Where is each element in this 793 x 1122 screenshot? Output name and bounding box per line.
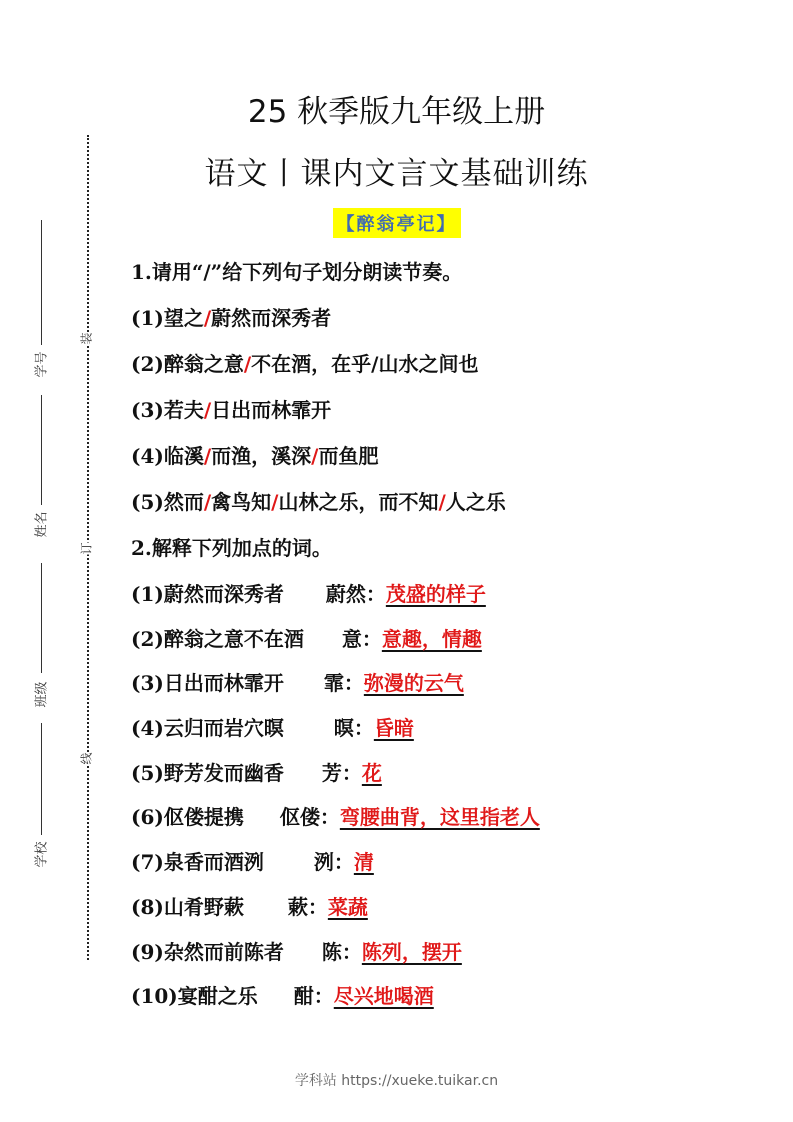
answer: 花 — [362, 761, 382, 785]
answer: 弥漫的云气 — [364, 671, 464, 695]
class-label: 班级 — [31, 681, 50, 707]
definition-item-9: (9)杂然而前陈者陈：陈列，摆开 — [131, 934, 691, 979]
definition-item-10: (10)宴酣之乐酣：尽兴地喝酒 — [131, 978, 691, 1023]
definition-item-1: (1)蔚然而深秀者蔚然：茂盛的样子 — [131, 576, 691, 621]
definition-item-4: (4)云归而岩穴暝暝：昏暗 — [131, 710, 691, 755]
name-label: 姓名 — [31, 511, 50, 537]
lesson-badge: 【醉翁亭记】 — [333, 208, 461, 238]
definition-item-6: (6)伛偻提携伛偻：弯腰曲背，这里指老人 — [131, 799, 691, 844]
definition-item-5: (5)野芳发而幽香芳：花 — [131, 755, 691, 800]
answer: 昏暗 — [374, 716, 414, 740]
page-subtitle: 语文丨课内文言文基础训练 — [0, 148, 793, 193]
definition-item-8: (8)山肴野蔌蔌：菜蔬 — [131, 889, 691, 934]
answer: 尽兴地喝酒 — [334, 984, 434, 1008]
exercise-content: 1.请用“/”给下列句子划分朗读节奏。 (1)望之/蔚然而深秀者 (2)醉翁之意… — [131, 254, 691, 1023]
binding-char-xian: 线 — [78, 752, 95, 764]
school-label: 学校 — [31, 841, 50, 867]
section2-heading: 2.解释下列加点的词。 — [131, 530, 691, 576]
rhythm-item-1: (1)望之/蔚然而深秀者 — [131, 300, 691, 346]
answer: 茂盛的样子 — [386, 582, 486, 606]
name-line — [41, 395, 42, 505]
binding-char-zhuang: 装 — [78, 332, 95, 344]
definition-item-7: (7)泉香而酒洌洌：清 — [131, 844, 691, 889]
rhythm-item-3: (3)若夫/日出而林霏开 — [131, 392, 691, 438]
rhythm-item-2: (2)醉翁之意/不在酒，在乎/山水之间也 — [131, 346, 691, 392]
school-line — [41, 723, 42, 835]
student-id-line — [41, 220, 42, 345]
section1-heading: 1.请用“/”给下列句子划分朗读节奏。 — [131, 254, 691, 300]
answer: 弯腰曲背，这里指老人 — [340, 805, 540, 829]
binding-char-ding: 订 — [78, 542, 95, 554]
definition-item-3: (3)日出而林霏开霏：弥漫的云气 — [131, 665, 691, 710]
footer-watermark: 学科站 https://xueke.tuikar.cn — [0, 1070, 793, 1090]
answer: 菜蔬 — [328, 895, 368, 919]
answer: 清 — [354, 850, 374, 874]
class-line — [41, 563, 42, 673]
answer: 意趣，情趣 — [382, 627, 482, 651]
page-title: 25 秋季版九年级上册 — [0, 86, 793, 131]
student-id-label: 学号 — [31, 351, 50, 377]
rhythm-item-4: (4)临溪/而渔，溪深/而鱼肥 — [131, 438, 691, 484]
rhythm-item-5: (5)然而/禽鸟知/山林之乐，而不知/人之乐 — [131, 484, 691, 530]
answer: 陈列，摆开 — [362, 940, 462, 964]
definition-item-2: (2)醉翁之意不在酒意：意趣，情趣 — [131, 621, 691, 666]
